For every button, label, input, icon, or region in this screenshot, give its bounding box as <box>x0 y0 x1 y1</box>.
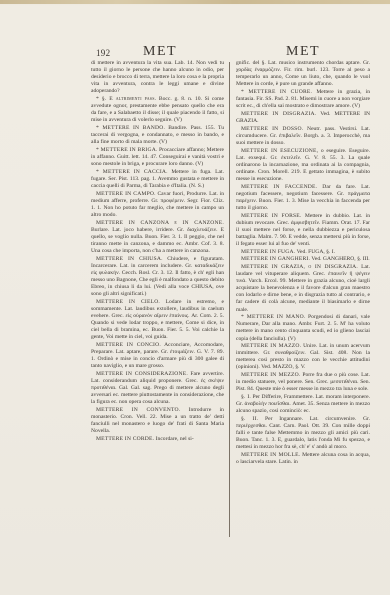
dictionary-entry: METTERE IN CONVENTO. Introdurre in monas… <box>91 407 224 435</box>
dictionary-entry: METTERE IN CIELO. Lodare in estremo, e s… <box>91 299 224 342</box>
entry-text: di mettere in avventura la vita sua. Lab… <box>91 60 224 94</box>
entry-headword: * METTERE IN MANO. <box>241 314 305 320</box>
entry-headword: METTERE IN FORSE. <box>241 213 302 219</box>
entry-headword: METTERE IN CHIUSA. <box>96 256 163 262</box>
dictionary-entry: METTERE IN FACCENDE. Dar da fare. Lat. n… <box>236 184 370 212</box>
dictionary-entry: METTERE IN MOLLE. Mettere alcuna cosa in… <box>236 452 370 466</box>
dictionary-entry: METTERE IN CONSIDERAZIONE. Fare avvertir… <box>91 371 224 406</box>
dictionary-entry: METTERE IN CHIUSA. Chiudere, e figuratam… <box>91 256 224 299</box>
entry-text: Burlare. Lat. joco habere, irridere. Gr.… <box>91 227 224 254</box>
entry-headword: METTERE IN FUGA. <box>241 249 295 255</box>
entry-text: Per Differire, Frammettere. Lat. moram i… <box>236 394 370 414</box>
entry-headword: METTERE IN MEZZO. <box>241 372 300 378</box>
dictionary-entry: METTERE IN FORSE. Mettere in dubbio. Lat… <box>236 213 370 248</box>
page-header: 192 MET MET <box>93 44 378 60</box>
column-divider <box>229 62 230 537</box>
entry-headword: METTERE IN MOLLE. <box>241 452 300 458</box>
entry-headword: METTERE IN DOSSO. <box>241 126 303 132</box>
entry-headword: §. II. <box>241 416 258 422</box>
entry-headword: * METTERE IN CUORE. <box>241 89 312 95</box>
dictionary-entry: * METTERE IN BANDO. Bandire. Pass. 155. … <box>91 125 224 146</box>
entry-headword: METTERE IN CONCIO. <box>96 342 161 348</box>
entry-headword: * §. E altrimenti pass. <box>96 96 156 102</box>
dictionary-entry: di mettere in avventura la vita sua. Lab… <box>91 60 224 95</box>
left-column: di mettere in avventura la vita sua. Lab… <box>91 60 224 444</box>
dictionary-entry: * METTERE IN CACCIA. Mettere in fuga. La… <box>91 169 224 190</box>
dictionary-entry: * METTERE IN MANO. Porgendosi di danari,… <box>236 314 370 342</box>
entry-text: gnific. del §. Lat. musico instrumento c… <box>236 60 370 87</box>
entry-headword: §. I. <box>241 394 251 400</box>
entry-headword: METTERE IN FACCENDE. <box>241 184 317 190</box>
running-head-right: MET <box>286 44 320 60</box>
entry-headword: METTERE IN MAZZO. <box>241 343 301 349</box>
dictionary-entry: METTERE IN GRAZIA, o IN DISGRAZIA. Lat. … <box>236 264 370 314</box>
entry-headword: METTERE IN GRAZIA, o IN DISGRAZIA. <box>241 264 358 270</box>
entry-headword: * METTERE IN BRIGA. <box>96 147 158 153</box>
page-top-edge <box>0 0 390 4</box>
entry-text: Ved. GANGHERO, §. III. <box>311 256 369 262</box>
entry-headword: METTERE IN CONVENTO. <box>96 407 180 413</box>
dictionary-entry: * §. E altrimenti pass. Bocc. g. 8. n. 1… <box>91 96 224 124</box>
dictionary-entry: METTERE IN CANZONA e IN CANZONE. Burlare… <box>91 220 224 255</box>
entry-headword: METTERE IN CIELO. <box>96 299 160 305</box>
scanned-page: 192 MET MET di mettere in avventura la v… <box>0 0 390 595</box>
right-column: gnific. del §. Lat. musico instrumento c… <box>236 60 370 467</box>
entry-headword: METTERE IN CORDE. <box>96 436 154 442</box>
dictionary-entry: * METTERE IN BRIGA. Procacciare affanno;… <box>91 147 224 168</box>
dictionary-entry: gnific. del §. Lat. musico instrumento c… <box>236 60 370 88</box>
dictionary-entry: §. II. Per Ingannare. Lat. circumvenire.… <box>236 416 370 451</box>
dictionary-entry: METTERE IN MEZZO. Porre fra due o più co… <box>236 372 370 393</box>
entry-headword: METTERE IN ESECUZIONE, <box>241 148 318 154</box>
dictionary-entry: METTERE IN ESECUZIONE, o eseguire. Esegu… <box>236 148 370 183</box>
running-head-left: MET <box>143 44 177 60</box>
entry-text: Chiudere, e figuratam. Incarcerare. Lat.… <box>91 256 224 297</box>
page-number: 192 <box>96 48 110 58</box>
entry-headword: METTERE IN CONSIDERAZIONE. <box>96 371 188 377</box>
dictionary-entry: METTERE IN DOSSO. Neutr. pass. Vestirsi.… <box>236 126 370 147</box>
entry-headword: * METTERE IN BANDO. <box>96 125 165 131</box>
entry-headword: METTERE IN CAMPO. <box>96 191 156 197</box>
entry-headword: METTERE IN GANGHERI. <box>241 256 310 262</box>
entry-text: Lat. laudare vel vituperare aliquem. Gre… <box>236 264 370 313</box>
entry-headword: METTERE IN DISGRAZIA. <box>241 111 316 117</box>
dictionary-entry: METTERE IN CAMPO. Cavar fuori, Produrre.… <box>91 191 224 219</box>
entry-headword: METTERE IN CANZONA e IN CANZONE. <box>96 220 224 226</box>
entry-text: Lodare in estremo, e sommamente. Lat. la… <box>91 299 224 340</box>
dictionary-entry: METTERE IN DISGRAZIA. Ved. METTERE IN GR… <box>236 111 370 125</box>
dictionary-entry: METTERE IN FUGA. Ved. FUGA, §. I. <box>236 249 370 256</box>
entry-text: Ved. FUGA, §. I. <box>297 249 335 255</box>
dictionary-entry: * METTERE IN CUORE. Mettere in grazia, i… <box>236 89 370 110</box>
dictionary-entry: METTERE IN CONCIO. Acconciare, Accomodar… <box>91 342 224 370</box>
dictionary-entry: METTERE IN CORDE. Incordare, nel si- <box>91 436 224 443</box>
dictionary-entry: §. I. Per Differire, Frammettere. Lat. m… <box>236 394 370 415</box>
dictionary-entry: METTERE IN GANGHERI. Ved. GANGHERO, §. I… <box>236 256 370 263</box>
dictionary-entry: METTERE IN MAZZO. Unire. Lat. in unum ac… <box>236 343 370 371</box>
entry-text: Incordare, nel si- <box>156 436 194 442</box>
entry-headword: * METTERE IN CACCIA. <box>96 169 168 175</box>
